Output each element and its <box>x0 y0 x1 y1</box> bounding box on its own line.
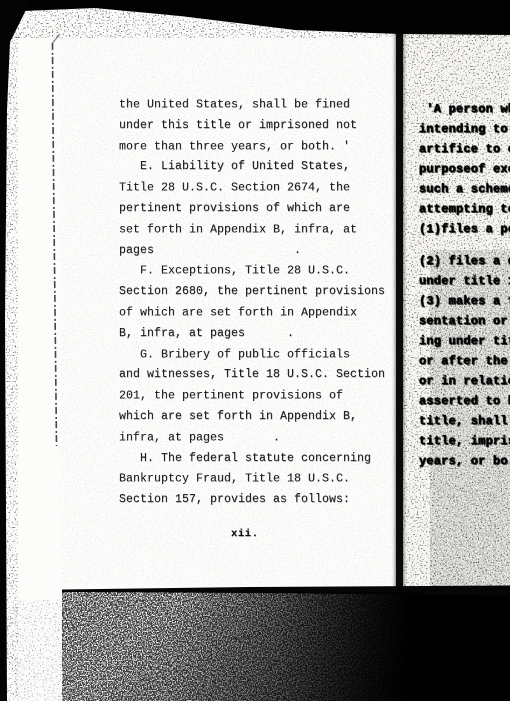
text-line: more than three years, or both. ' <box>119 137 385 158</box>
text-line: E. Liability of United States, <box>119 157 385 178</box>
text-line: years, or bo <box>419 451 510 471</box>
book-scan-page: the United States, shall be fined under … <box>0 0 510 701</box>
text-line: infra, at pages . <box>119 428 385 449</box>
text-line: B, infra, at pages . <box>119 324 385 345</box>
text-line: H. The federal statute concerning <box>119 449 385 470</box>
text-line: (3) makes a f <box>419 291 510 311</box>
text-line: title, impris <box>419 431 510 451</box>
text-line: pages . <box>119 241 385 262</box>
text-line-blank <box>419 239 510 251</box>
text-line: sentation or <box>419 311 510 331</box>
right-page-text-block: 'A person wh intending to d artifice to … <box>419 99 510 471</box>
text-line: set forth in Appendix B, infra, at <box>119 220 385 241</box>
text-line: ing under tit <box>419 331 510 351</box>
text-line: of which are set forth in Appendix <box>119 303 385 324</box>
book-spine-shadow <box>396 30 403 592</box>
left-page-text-block: the United States, shall be fined under … <box>119 95 385 511</box>
text-line: and witnesses, Title 18 U.S.C. Section <box>119 365 385 386</box>
scan-shadow-bottom <box>62 591 510 701</box>
text-line: G. Bribery of public officials <box>119 345 385 366</box>
text-line: Bankruptcy Fraud, Title 18 U.S.C. <box>119 470 385 491</box>
page-number: xii. <box>231 528 259 540</box>
text-line: purposeof exe <box>419 159 510 179</box>
text-line: such a scheme <box>419 179 510 199</box>
text-line: title, shall <box>419 411 510 431</box>
text-line: Section 157, provides as follows: <box>119 490 385 511</box>
text-line: Section 2680, the pertinent provisions <box>119 282 385 303</box>
text-line: the United States, shall be fined <box>119 95 385 116</box>
scan-edge-left <box>0 0 34 701</box>
text-line: 201, the pertinent provisions of <box>119 387 385 408</box>
text-line: Title 28 U.S.C. Section 2674, the <box>119 179 385 200</box>
right-page: 'A person wh intending to d artifice to … <box>403 33 510 591</box>
text-line: under title 11 <box>419 271 510 291</box>
text-line: 'A person wh <box>419 99 510 119</box>
text-line: (1)files a pe <box>419 219 510 239</box>
text-line: F. Exceptions, Title 28 U.S.C. <box>119 262 385 283</box>
text-line: under this title or imprisoned not <box>119 116 385 137</box>
text-line: artifice to de <box>419 139 510 159</box>
text-line: which are set forth in Appendix B, <box>119 407 385 428</box>
text-line: asserted to b <box>419 391 510 411</box>
text-line: (2) files a d <box>419 251 510 271</box>
text-line: or after the <box>419 351 510 371</box>
scan-edge-top <box>0 0 510 36</box>
page-crease-line <box>53 34 61 446</box>
text-line: intending to d <box>419 119 510 139</box>
text-line: pertinent provisions of which are <box>119 199 385 220</box>
text-line: attempting to <box>419 199 510 219</box>
text-line: or in relatio <box>419 371 510 391</box>
